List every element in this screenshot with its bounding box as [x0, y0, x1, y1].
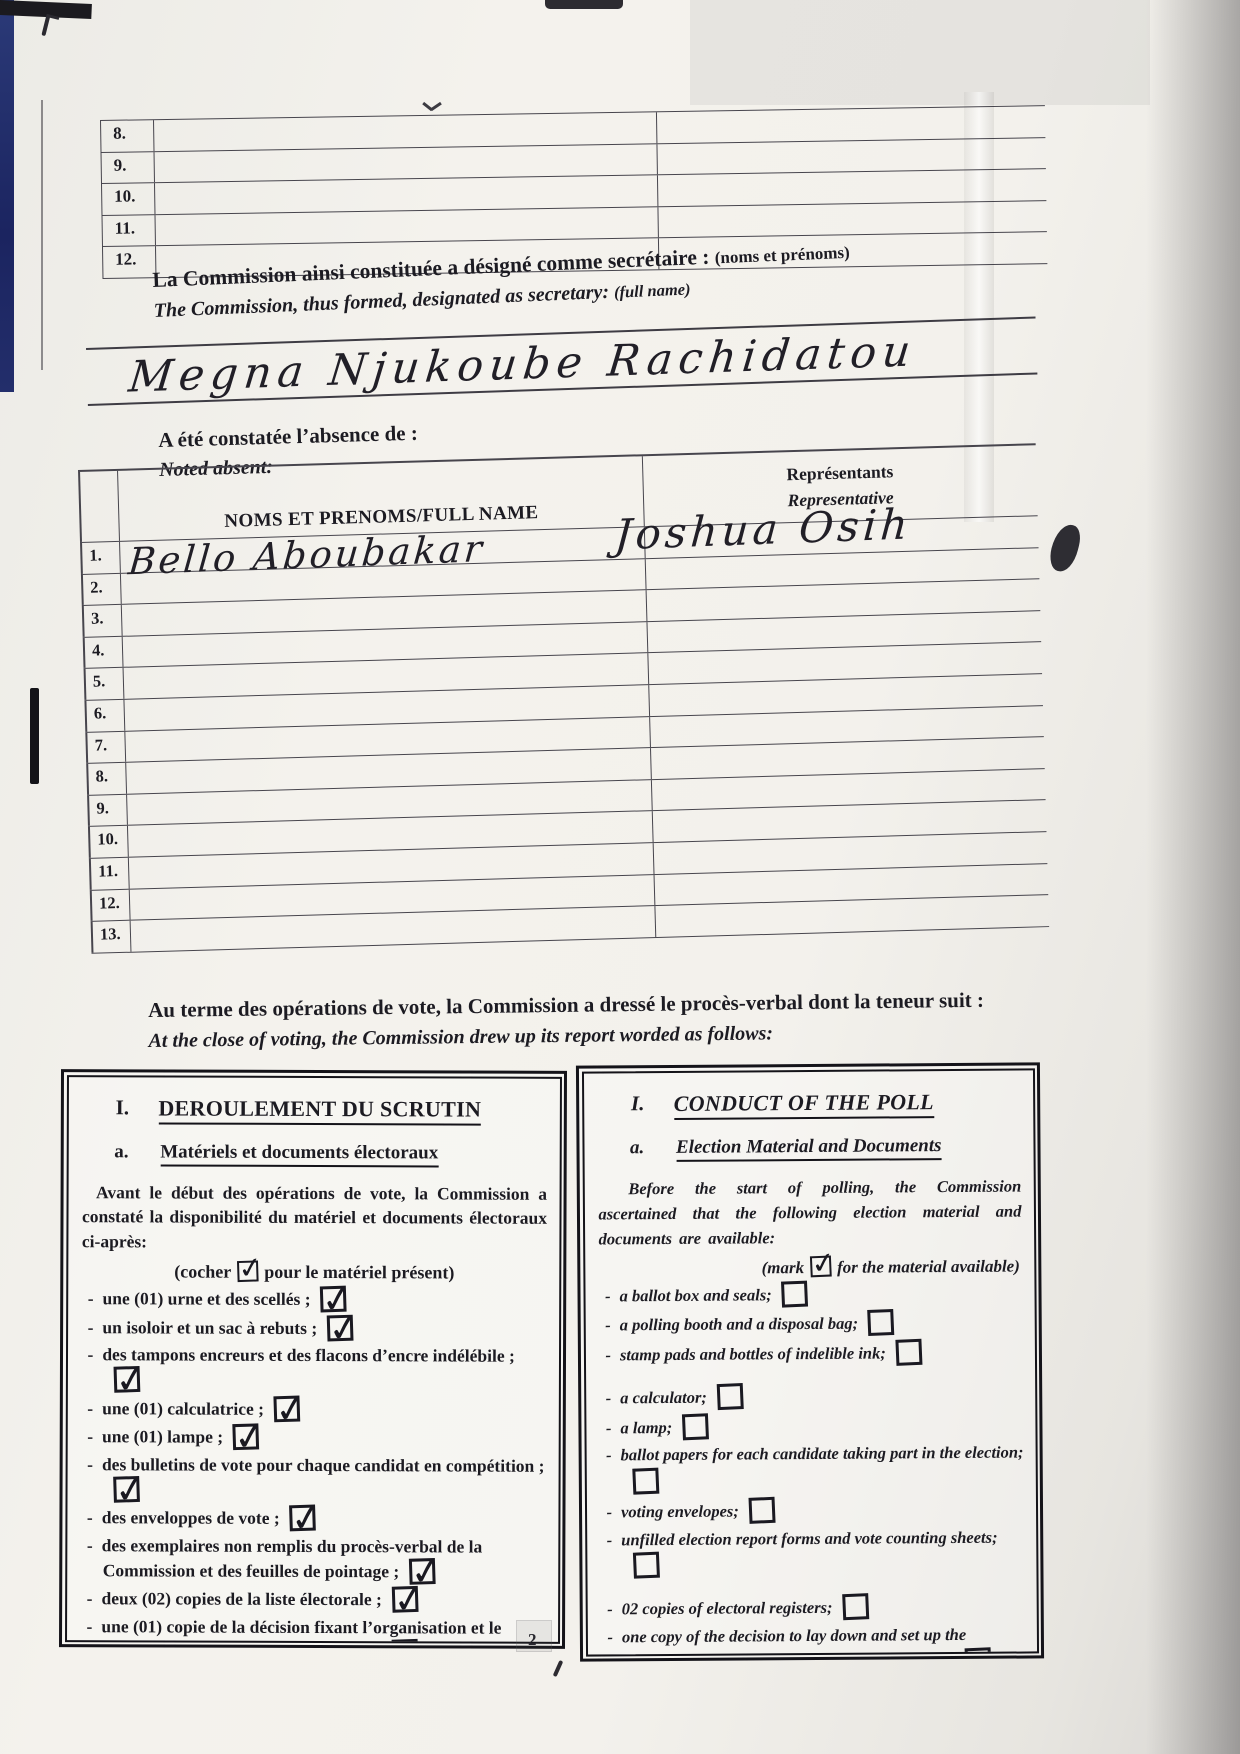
material-checkbox[interactable] [392, 1586, 419, 1613]
checklist-item: -a polling booth and a disposal bag; [597, 1309, 1024, 1339]
checklist-item-label: une (01) lampe ; [102, 1426, 223, 1446]
page-number: 2 [528, 1630, 537, 1650]
material-checkbox[interactable] [716, 1383, 743, 1410]
row-number: 7. [85, 731, 126, 763]
checklist-item: -voting envelopes; [598, 1495, 1025, 1525]
checklist-item: -one copy of the decision to lay down an… [599, 1622, 1026, 1656]
material-checkbox[interactable] [632, 1468, 659, 1495]
row-number: 5. [84, 668, 125, 700]
secretary-name-write-in-band: Megna Njukoube Rachidatou [86, 317, 1037, 406]
subsection-number-en: a. [630, 1136, 676, 1161]
scan-shadow-right [1146, 0, 1240, 1754]
checklist-item: -unfilled election report forms and vote… [599, 1525, 1026, 1579]
dash-bullet: - [607, 1627, 613, 1646]
intro-paragraph-en: Before the start of polling, the Commiss… [598, 1173, 1022, 1251]
checklist-item-label: des tampons encreurs et des flacons d’en… [102, 1344, 515, 1365]
checklist-item: -une (01) copie de la décision fixant l’… [78, 1614, 547, 1643]
row-number: 12. [102, 246, 156, 277]
row-number: 10. [88, 826, 129, 858]
absent-table-rows: 1. 2. 3. 4. [80, 515, 1049, 953]
checklist-item-label: un isoloir et un sac à rebuts ; [102, 1317, 317, 1338]
check-instruction-fr: (cocherpour le matériel présent) [80, 1260, 549, 1284]
material-checklist-en: -a ballot box and seals; -a polling boot… [597, 1279, 1027, 1656]
dash-bullet: - [87, 1454, 93, 1474]
header-number-cell [78, 471, 120, 542]
checklist-item-label: deux (02) copies de la liste électorale … [101, 1589, 381, 1610]
checklist-item-label: des bulletins de vote pour chaque candid… [102, 1454, 545, 1476]
closing-text-en: At the close of voting, the Commission d… [148, 1018, 1108, 1053]
check-instruction-en: (markfor the material available) [597, 1254, 1024, 1279]
conduct-box-french-inner: I. DEROULEMENT DU SCRUTIN a. Matériels e… [65, 1075, 562, 1644]
dash-bullet: - [87, 1426, 93, 1446]
section-title-en: CONDUCT OF THE POLL [674, 1089, 934, 1120]
conduct-box-english-inner: I. CONDUCT OF THE POLL a. Election Mater… [581, 1068, 1038, 1656]
material-checkbox[interactable] [113, 1476, 140, 1503]
material-checkbox[interactable] [113, 1366, 140, 1393]
checklist-item: -a ballot box and seals; [597, 1279, 1024, 1309]
row-number: 6. [84, 700, 125, 732]
dash-bullet: - [606, 1388, 612, 1407]
scan-dark-bar-left [30, 688, 39, 784]
checklist-item: -des tampons encreurs et des flacons d’e… [79, 1342, 548, 1394]
header-representative-fr: Représentants [786, 461, 893, 484]
dash-bullet: - [87, 1344, 93, 1364]
checklist-item-label: 02 copies of electoral registers; [622, 1598, 833, 1618]
dash-bullet: - [87, 1616, 93, 1636]
subsection-heading-en: a. Election Material and Documents [630, 1134, 1023, 1162]
row-number: 9. [101, 152, 155, 183]
secretary-note-fr: (noms et prénoms) [714, 243, 850, 268]
material-checkbox[interactable] [391, 1639, 418, 1643]
dash-bullet: - [88, 1288, 94, 1308]
section-heading-fr: I. DEROULEMENT DU SCRUTIN [86, 1095, 549, 1126]
row-number: 9. [87, 795, 128, 827]
checklist-item-label: stamp pads and bottles of indelible ink; [620, 1344, 886, 1365]
dash-bullet: - [605, 1346, 611, 1365]
row-number: 3. [82, 605, 123, 637]
representative-cell-empty [658, 169, 1046, 206]
row-number: 11. [102, 215, 156, 246]
representative-cell-empty [658, 201, 1046, 238]
dash-bullet: - [605, 1316, 611, 1335]
section-title-fr: DEROULEMENT DU SCRUTIN [158, 1095, 481, 1125]
material-checkbox[interactable] [233, 1424, 260, 1451]
conduct-box-english: I. CONDUCT OF THE POLL a. Election Mater… [576, 1062, 1044, 1661]
checklist-item-label: a polling booth and a disposal bag; [620, 1314, 859, 1335]
scanned-election-report-page: 8. 9. 10. 11. 12. [0, 0, 1240, 1754]
pen-mark-top-left [41, 14, 50, 36]
checklist-item: -une (01) urne et des scellés ; [80, 1285, 549, 1313]
sample-checkbox-icon [810, 1255, 832, 1277]
checklist-item: -une (01) lampe ; [79, 1423, 548, 1451]
material-checkbox[interactable] [895, 1339, 922, 1366]
checklist-item-label: une (01) urne et des scellés ; [103, 1288, 311, 1309]
checklist-item-label: ballot papers for each candidate taking … [621, 1443, 1024, 1465]
material-checkbox[interactable] [274, 1395, 301, 1422]
checklist-item-label: a ballot box and seals; [619, 1285, 771, 1305]
row-number: 12. [90, 889, 131, 921]
dash-bullet: - [88, 1317, 94, 1337]
material-checkbox[interactable] [842, 1593, 869, 1620]
material-checkbox[interactable] [682, 1413, 709, 1440]
checklist-item-label: one copy of the decision to lay down and… [622, 1625, 966, 1656]
checklist-item: -stamp pads and bottles of indelible ink… [597, 1339, 1024, 1369]
scan-edge-line-left [41, 100, 43, 370]
intro-paragraph-fr: Avant le début des opérations de vote, l… [82, 1180, 547, 1256]
material-checkbox[interactable] [868, 1309, 895, 1336]
checklist-item-label: voting envelopes; [621, 1501, 739, 1521]
scan-blue-edge-strip [0, 0, 14, 392]
dash-bullet: - [607, 1530, 613, 1549]
material-checkbox[interactable] [748, 1497, 775, 1524]
checklist-item: -un isoloir et un sac à rebuts ; [80, 1314, 549, 1342]
material-checkbox[interactable] [632, 1552, 659, 1579]
row-number: 13. [91, 921, 132, 953]
subsection-title-fr: Matériels et documents électoraux [160, 1141, 438, 1167]
checklist-item: -02 copies of electoral registers; [599, 1593, 1026, 1623]
handwritten-secretary-name: Megna Njukoube Rachidatou [126, 326, 918, 402]
dash-bullet: - [606, 1418, 612, 1437]
representative-cell-empty [657, 138, 1045, 175]
representative-cell-empty [657, 106, 1045, 143]
dash-bullet: - [87, 1535, 93, 1555]
header-full-name: NOMS ET PRENOMS/FULL NAME [118, 456, 645, 541]
row-number: 10. [101, 183, 155, 214]
checklist-item-label: une (01) copie de la décision fixant l’o… [101, 1616, 501, 1643]
subsection-number-fr: a. [114, 1141, 160, 1166]
scan-dark-blip-top [545, 0, 623, 9]
subsection-title-en: Election Material and Documents [676, 1135, 942, 1162]
checklist-item: -a lamp; [598, 1411, 1025, 1441]
secretary-note-en: (full name) [614, 279, 691, 301]
dash-bullet: - [87, 1589, 93, 1609]
row-number: 8. [86, 763, 127, 795]
row-number: 8. [100, 120, 154, 151]
section-heading-en: I. CONDUCT OF THE POLL [602, 1088, 1023, 1120]
ink-smudge-right [1047, 522, 1084, 575]
material-checkbox[interactable] [781, 1280, 808, 1307]
checklist-item: -deux (02) copies de la liste électorale… [79, 1586, 548, 1614]
checklist-item: -a calculator; [598, 1381, 1025, 1411]
dash-bullet: - [87, 1398, 93, 1418]
conduct-box-french: I. DEROULEMENT DU SCRUTIN a. Matériels e… [59, 1069, 567, 1649]
checklist-item-label: unfilled election report forms and vote … [621, 1527, 997, 1549]
scan-haze-top-right [690, 0, 1150, 105]
dash-bullet: - [87, 1508, 93, 1528]
dash-bullet: - [606, 1446, 612, 1465]
absent-members-table: NOMS ET PRENOMS/FULL NAME Représentants … [78, 443, 1049, 953]
absent-label-fr: A été constatée l’absence de : [158, 421, 418, 453]
dash-bullet: - [605, 1286, 611, 1305]
checklist-item-label: a calculator; [620, 1388, 707, 1408]
dash-bullet: - [607, 1600, 613, 1619]
checklist-item-label: a lamp; [620, 1418, 672, 1437]
section-number-en: I. [602, 1090, 674, 1120]
row-number: 4. [83, 637, 124, 669]
material-checkbox[interactable] [965, 1647, 992, 1656]
closing-statement: Au terme des opérations de vote, la Comm… [148, 986, 1109, 1053]
row-number: 1. [80, 542, 121, 574]
subsection-heading-fr: a. Matériels et documents électoraux [114, 1141, 549, 1168]
row-number: 11. [89, 858, 130, 890]
section-number-fr: I. [86, 1095, 158, 1124]
closing-text-fr: Au terme des opérations de vote, la Comm… [148, 986, 1108, 1023]
sample-checkbox-icon [237, 1260, 259, 1282]
material-checkbox[interactable] [289, 1505, 316, 1532]
pen-mark-bottom [553, 1660, 564, 1677]
material-checklist-fr: -une (01) urne et des scellés ; -un isol… [78, 1285, 548, 1643]
material-checkbox[interactable] [327, 1314, 354, 1341]
row-number: 2. [81, 573, 122, 605]
checklist-item: -ballot papers for each candidate taking… [598, 1441, 1025, 1495]
dash-bullet: - [606, 1502, 612, 1521]
